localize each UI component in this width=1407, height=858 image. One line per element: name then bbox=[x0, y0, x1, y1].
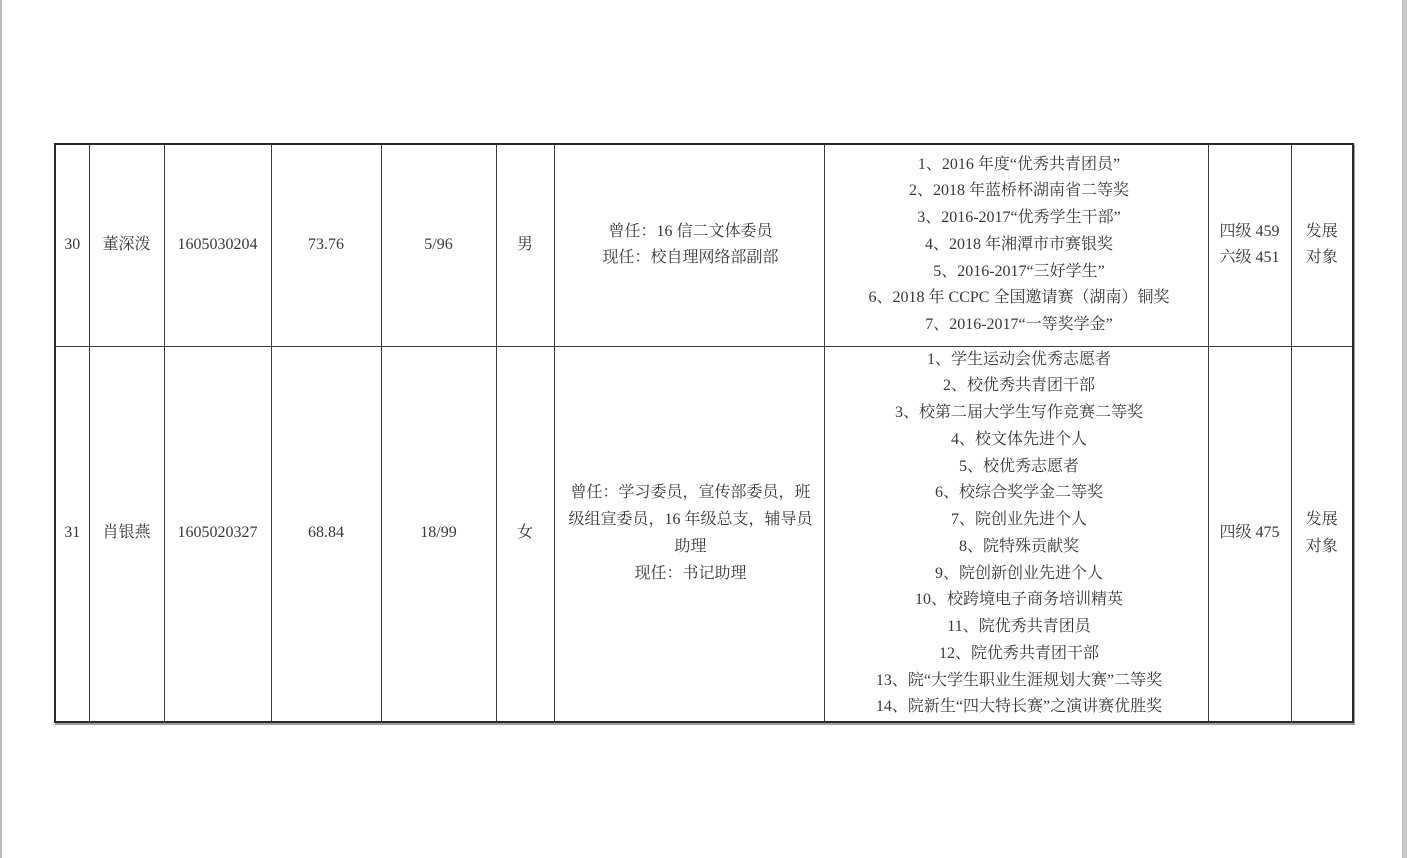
position-line: 曾任：学习委员，宣传部委员，班级组宣委员，16 年级总支，辅导员助理 bbox=[564, 480, 818, 560]
cell-name: 董深泼 bbox=[89, 144, 164, 346]
cell-score: 68.84 bbox=[271, 346, 381, 722]
cell-rank: 5/96 bbox=[381, 144, 496, 346]
status-label: 发展对象 bbox=[1304, 219, 1340, 273]
cell-cet-scores: 四级 475 bbox=[1208, 346, 1291, 722]
position-line: 现任：校自理网络部副部 bbox=[564, 245, 818, 272]
cell-name: 肖银燕 bbox=[89, 346, 164, 722]
award-item: 2、2018 年蓝桥杯湖南省二等奖 bbox=[835, 178, 1204, 205]
award-item: 7、2016-2017“一等奖学金” bbox=[835, 312, 1204, 339]
cell-awards: 1、2016 年度“优秀共青团员” 2、2018 年蓝桥杯湖南省二等奖 3、20… bbox=[824, 144, 1208, 346]
cell-positions: 曾任：学习委员，宣传部委员，班级组宣委员，16 年级总支，辅导员助理 现任：书记… bbox=[554, 346, 824, 722]
table-row: 30 董深泼 1605030204 73.76 5/96 男 曾任：16 信二文… bbox=[55, 144, 1353, 346]
award-item: 3、校第二届大学生写作竞赛二等奖 bbox=[835, 400, 1204, 427]
award-item: 1、学生运动会优秀志愿者 bbox=[835, 347, 1204, 374]
page-edge-right bbox=[1402, 0, 1407, 858]
cell-score: 73.76 bbox=[271, 144, 381, 346]
award-item: 14、院新生“四大特长赛”之演讲赛优胜奖 bbox=[835, 694, 1204, 721]
award-item: 2、校优秀共青团干部 bbox=[835, 373, 1204, 400]
award-item: 5、2016-2017“三好学生” bbox=[835, 259, 1204, 286]
award-item: 3、2016-2017“优秀学生干部” bbox=[835, 205, 1204, 232]
cell-gender: 男 bbox=[496, 144, 554, 346]
award-item: 6、2018 年 CCPC 全国邀请赛（湖南）铜奖 bbox=[835, 285, 1204, 312]
cell-rank: 18/99 bbox=[381, 346, 496, 722]
award-item: 13、院“大学生职业生涯规划大赛”二等奖 bbox=[835, 668, 1204, 695]
award-item: 6、校综合奖学金二等奖 bbox=[835, 480, 1204, 507]
award-item: 5、校优秀志愿者 bbox=[835, 454, 1204, 481]
cell-row-number: 31 bbox=[55, 346, 89, 722]
status-label: 发展对象 bbox=[1304, 507, 1340, 561]
award-item: 8、院特殊贡献奖 bbox=[835, 534, 1204, 561]
award-item: 4、2018 年湘潭市市赛银奖 bbox=[835, 232, 1204, 259]
document-page: 30 董深泼 1605030204 73.76 5/96 男 曾任：16 信二文… bbox=[0, 0, 1407, 858]
award-item: 1、2016 年度“优秀共青团员” bbox=[835, 152, 1204, 179]
table-row: 31 肖银燕 1605020327 68.84 18/99 女 曾任：学习委员，… bbox=[55, 346, 1353, 722]
award-item: 11、院优秀共青团员 bbox=[835, 614, 1204, 641]
cell-gender: 女 bbox=[496, 346, 554, 722]
position-line: 现任：书记助理 bbox=[564, 561, 818, 588]
award-item: 7、院创业先进个人 bbox=[835, 507, 1204, 534]
cet-line: 六级 451 bbox=[1209, 245, 1291, 272]
award-item: 9、院创新创业先进个人 bbox=[835, 561, 1204, 588]
cell-row-number: 30 bbox=[55, 144, 89, 346]
award-item: 4、校文体先进个人 bbox=[835, 427, 1204, 454]
cell-cet-scores: 四级 459 六级 451 bbox=[1208, 144, 1291, 346]
cell-student-id: 1605020327 bbox=[164, 346, 271, 722]
cell-student-id: 1605030204 bbox=[164, 144, 271, 346]
page-edge-left bbox=[0, 0, 2, 858]
cell-status: 发展对象 bbox=[1291, 144, 1353, 346]
cet-line: 四级 475 bbox=[1209, 520, 1291, 547]
position-line: 曾任：16 信二文体委员 bbox=[564, 219, 818, 246]
award-item: 12、院优秀共青团干部 bbox=[835, 641, 1204, 668]
cell-status: 发展对象 bbox=[1291, 346, 1353, 722]
student-roster-table: 30 董深泼 1605030204 73.76 5/96 男 曾任：16 信二文… bbox=[54, 143, 1354, 723]
cet-line: 四级 459 bbox=[1209, 219, 1291, 246]
cell-awards: 1、学生运动会优秀志愿者 2、校优秀共青团干部 3、校第二届大学生写作竞赛二等奖… bbox=[824, 346, 1208, 722]
cell-positions: 曾任：16 信二文体委员 现任：校自理网络部副部 bbox=[554, 144, 824, 346]
award-item: 10、校跨境电子商务培训精英 bbox=[835, 587, 1204, 614]
